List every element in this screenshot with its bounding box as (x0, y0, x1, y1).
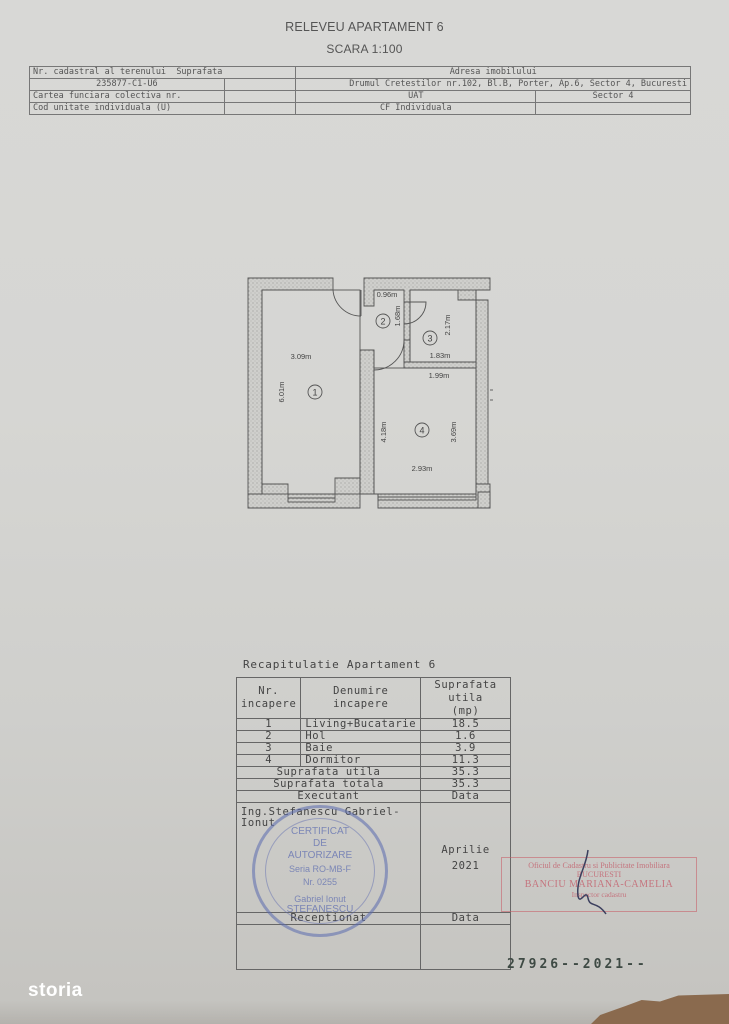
suprafata-totala-label: Suprafata totala (237, 779, 421, 791)
svg-text:3.69m: 3.69m (449, 422, 458, 443)
carte-funciara-label: Cartea funciara colectiva nr. (30, 91, 225, 103)
cadastral-value: 235877-C1-U6 (30, 79, 225, 91)
svg-text:4.18m: 4.18m (379, 422, 388, 443)
svg-text:1.68m: 1.68m (393, 306, 402, 327)
stamp-line: DE (260, 838, 380, 850)
date-year: 2021 (452, 860, 480, 872)
svg-text:2: 2 (380, 317, 385, 327)
row-area: 11.3 (421, 755, 511, 767)
suprafata-totala-value: 35.3 (421, 779, 511, 791)
receptionat-row (237, 925, 511, 970)
address-value: Drumul Cretestilor nr.102, Bl.B, Porter,… (296, 79, 691, 91)
serial-number: 27926--2021-- (507, 957, 648, 972)
uat-value: Sector 4 (536, 91, 691, 103)
suprafata-utila-value: 35.3 (421, 767, 511, 779)
svg-text:3: 3 (427, 334, 432, 344)
receptionat-data-label: Data (421, 913, 511, 925)
header-denumire-sub: incapere (333, 698, 388, 710)
table-row: 1 Living+Bucatarie 18.5 (237, 719, 511, 731)
row-nr: 4 (237, 755, 301, 767)
stamp-line: STEFANESCU (260, 904, 380, 916)
header-nr-sub: incapere (241, 698, 296, 710)
header-suprafata: Suprafata utila (434, 679, 496, 704)
row-name: Dormitor (301, 755, 421, 767)
suprafata-totala-row: Suprafata totala 35.3 (237, 779, 511, 791)
header-denumire: Denumire (333, 685, 388, 697)
row-nr: 3 (237, 743, 301, 755)
row-name: Hol (301, 731, 421, 743)
storia-logo: storia (28, 980, 83, 1002)
stamp-line: AUTORIZARE (260, 850, 380, 862)
row-name: Baie (301, 743, 421, 755)
table-row: 2 Hol 1.6 (237, 731, 511, 743)
row-name: Living+Bucatarie (301, 719, 421, 731)
cod-unitate-label: Cod unitate individuala (U) (30, 103, 225, 115)
row-area: 1.6 (421, 731, 511, 743)
svg-text:1: 1 (312, 388, 317, 398)
suprafata-utila-row: Suprafata utila 35.3 (237, 767, 511, 779)
row-nr: 2 (237, 731, 301, 743)
svg-text:3.09m: 3.09m (291, 352, 312, 361)
svg-text:2.93m: 2.93m (412, 464, 433, 473)
stamp-line: Nr. 0255 (260, 876, 380, 888)
date-month: Aprilie (441, 844, 489, 856)
document-title: RELEVEU APARTAMENT 6 (0, 20, 729, 34)
data-label: Data (421, 791, 511, 803)
row-area: 3.9 (421, 743, 511, 755)
cadastral-label: Nr. cadastral al terenului (33, 67, 166, 77)
header-nr: Nr. (258, 685, 279, 697)
stamp-line: CERTIFICAT (260, 826, 380, 838)
recap-header-row: Nr.incapere Denumireincapere Suprafata u… (237, 678, 511, 719)
executant-header-row: Executant Data (237, 791, 511, 803)
cadastral-header-table: Nr. cadastral al terenului Suprafata Adr… (29, 66, 691, 115)
cf-label: CF Individuala (296, 103, 536, 115)
svg-text:6.01m: 6.01m (277, 382, 286, 403)
row-nr: 1 (237, 719, 301, 731)
svg-text:1.83m: 1.83m (430, 351, 451, 360)
floor-plan: 3.09m 6.01m 0.96m 1.68m 2.17m 1.83m 1.99… (240, 270, 495, 510)
svg-text:2.17m: 2.17m (443, 315, 452, 336)
uat-label: UAT (296, 91, 536, 103)
header-suprafata-sub: (mp) (452, 705, 480, 717)
suprafata-utila-label: Suprafata utila (237, 767, 421, 779)
table-row: 3 Baie 3.9 (237, 743, 511, 755)
table-row: 4 Dormitor 11.3 (237, 755, 511, 767)
executant-label: Executant (237, 791, 421, 803)
svg-text:1.99m: 1.99m (429, 371, 450, 380)
svg-text:0.96m: 0.96m (377, 290, 398, 299)
surface-label: Suprafata (176, 67, 222, 77)
address-label: Adresa imobilului (296, 67, 691, 79)
document-scale: SCARA 1:100 (0, 42, 729, 56)
row-area: 18.5 (421, 719, 511, 731)
signature-icon (570, 848, 610, 918)
recap-title: Recapitulatie Apartament 6 (243, 658, 436, 671)
svg-text:4: 4 (419, 426, 424, 436)
stamp-line: Seria RO-MB-F (260, 863, 380, 875)
